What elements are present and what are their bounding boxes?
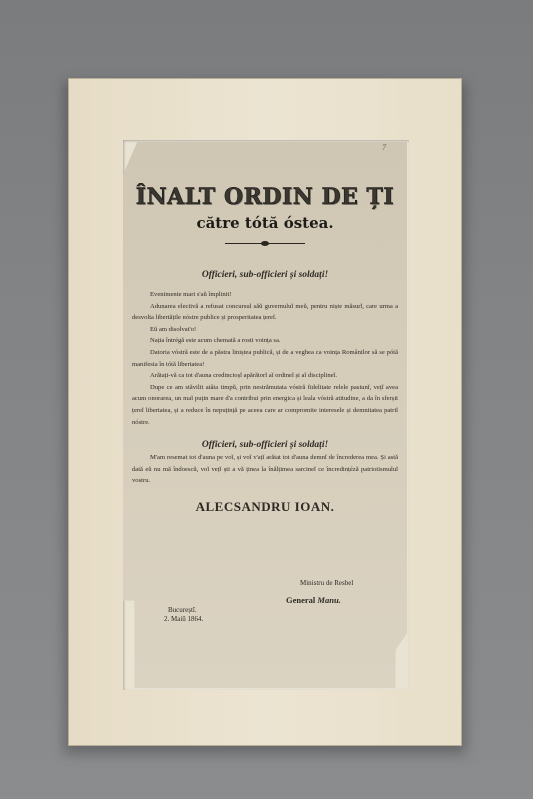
paragraph: Adunarea electivă a refusat concursul să… [132, 301, 398, 324]
ornament-divider [225, 242, 305, 245]
minister-title: Ministru de Resbel [300, 579, 353, 587]
closing-paragraph: M'am resemat tot d'auna pe voĭ, și voĭ v… [132, 452, 398, 487]
date: 2. Maiŭ 1864. [164, 615, 203, 623]
place: Bucureștĭ. [168, 606, 197, 614]
paragraph: Nația întrégă este acum chemată a rosti … [132, 335, 398, 347]
paragraph: Eŭ am disolvat'o! [132, 324, 398, 336]
paragraph: Evenimente mari s'aŭ împlinit! [132, 289, 398, 301]
proclamation-text: ÎNALT ORDIN DE ȚI către tótă óstea. Offi… [132, 183, 398, 515]
document-title: ÎNALT ORDIN DE ȚI [132, 183, 398, 211]
document-subtitle: către tótă óstea. [132, 213, 398, 233]
minister-rank: General [286, 595, 315, 605]
paragraph: Datoria vóstră este de a păstra liniștea… [132, 347, 398, 370]
corner-mark: 7 [382, 143, 386, 152]
minister-name: Manu. [317, 595, 340, 605]
salutation-repeat: Officieri, sub-officieri și soldați! [132, 438, 398, 452]
salutation: Officieri, sub-officieri și soldați! [132, 268, 398, 282]
paragraph: Dupe ce am stăvilit atâta timpŭ, prin ne… [132, 382, 398, 428]
paragraph: Arătați-vă ca tot d'auna credincioșĭ apă… [132, 370, 398, 382]
minister-signature: General Manu. [286, 595, 341, 605]
signer-name: ALECSANDRU IOAN. [132, 499, 398, 515]
